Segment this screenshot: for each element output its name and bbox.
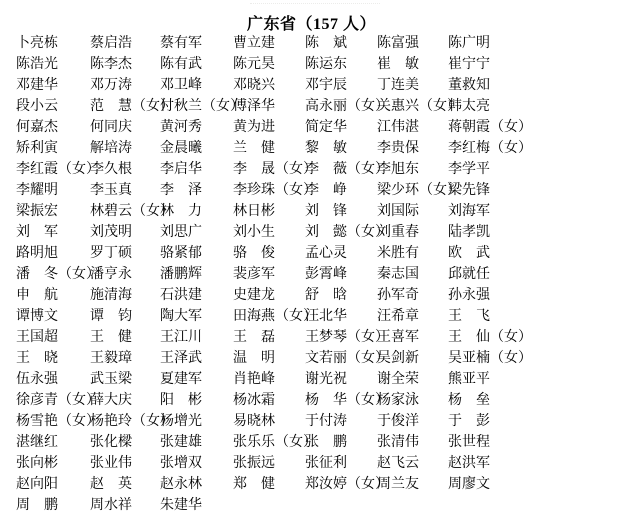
person-name: 吴亚楠（女） xyxy=(448,348,623,369)
person-name: 王喜军 xyxy=(377,327,448,348)
person-name: 杨冰霜 xyxy=(233,390,305,411)
roster-row: 杨雪艳（女）杨艳玲（女）杨增光易晓林于付涛于俊洋于 彭 xyxy=(16,411,623,432)
person-name: 潘 冬（女） xyxy=(16,264,90,285)
person-name: 张征利 xyxy=(305,453,377,474)
person-name: 裴彦军 xyxy=(233,264,305,285)
person-name: 李玉真 xyxy=(90,180,160,201)
person-name: 陈有武 xyxy=(160,54,233,75)
roster-row: 李耀明李玉真李 泽李珍珠（女）李 峥梁少环（女）梁先锋 xyxy=(16,180,623,201)
person-name: 潘亨永 xyxy=(90,264,160,285)
roster-row: 王 晓王毅璋王泽武温 明文若丽（女）吴剑新吴亚楠（女） xyxy=(16,348,623,369)
person-name: 李 峥 xyxy=(305,180,377,201)
name-roster-grid: 卜亮栋蔡启浩蔡有军曹立建陈 斌陈富强陈广明陈浩光陈李杰陈有武陈元昊陈运东崔 敏崔… xyxy=(16,33,623,516)
person-name: 孟心灵 xyxy=(305,243,377,264)
person-name: 王 仙（女） xyxy=(448,327,623,348)
person-name: 刘 懿（女） xyxy=(305,222,377,243)
person-name: 骆 俊 xyxy=(233,243,305,264)
roster-row: 伍永强武玉梁夏建军肖艳峰谢光祝谢全荣熊亚平 xyxy=(16,369,623,390)
person-name: 赵永林 xyxy=(160,474,233,495)
person-name: 高永丽（女） xyxy=(305,96,377,117)
person-name: 伍永强 xyxy=(16,369,90,390)
person-name: 林碧云（女） xyxy=(90,201,160,222)
person-name: 徐彦青（女） xyxy=(16,390,90,411)
person-name: 舒 晗 xyxy=(305,285,377,306)
person-name: 王毅璋 xyxy=(90,348,160,369)
person-name: 王 晓 xyxy=(16,348,90,369)
person-name: 孙永强 xyxy=(448,285,623,306)
person-name: 肖艳峰 xyxy=(233,369,305,390)
page-title: 广东省（157 人） xyxy=(0,11,623,34)
person-name: 郑 健 xyxy=(233,474,305,495)
person-name: 赵向阳 xyxy=(16,474,90,495)
person-name: 吴剑新 xyxy=(377,348,448,369)
person-name: 陆孝凯 xyxy=(448,222,623,243)
person-name: 温 明 xyxy=(233,348,305,369)
person-name: 石洪建 xyxy=(160,285,233,306)
roster-row: 周 鹏周水祥朱建华 xyxy=(16,495,623,516)
person-name: 何同庆 xyxy=(90,117,160,138)
person-name: 张世程 xyxy=(448,432,623,453)
person-name: 彭霄峰 xyxy=(305,264,377,285)
person-name: 李红霞（女） xyxy=(16,159,90,180)
person-name: 刘 锋 xyxy=(305,201,377,222)
roster-row: 湛继红张化樑张建雄张乐乐（女）张 鹏张清伟张世程 xyxy=(16,432,623,453)
person-name: 李耀明 xyxy=(16,180,90,201)
person-name: 李久根 xyxy=(90,159,160,180)
person-name: 黄河秀 xyxy=(160,117,233,138)
roster-row: 潘 冬（女）潘亨永潘鹏辉裴彦军彭霄峰秦志国邱就任 xyxy=(16,264,623,285)
person-name: 张清伟 xyxy=(377,432,448,453)
person-name: 陈广明 xyxy=(448,33,623,54)
person-name: 谢光祝 xyxy=(305,369,377,390)
person-name: 米胜有 xyxy=(377,243,448,264)
roster-row: 段小云范 慧（女）付秋兰（女）傅泽华高永丽（女）关惠兴（女）韩太亮 xyxy=(16,96,623,117)
person-name: 张向彬 xyxy=(16,453,90,474)
person-name: 刘茂明 xyxy=(90,222,160,243)
person-name: 梁振宏 xyxy=(16,201,90,222)
person-name: 田海燕（女） xyxy=(233,306,305,327)
person-name: 陈运东 xyxy=(305,54,377,75)
person-name: 林 力 xyxy=(160,201,233,222)
person-name: 金晨曦 xyxy=(160,138,233,159)
person-name: 崔宁宁 xyxy=(448,54,623,75)
roster-row: 路明旭罗丁硕骆紧郁骆 俊孟心灵米胜有欧 武 xyxy=(16,243,623,264)
person-name: 范 慧（女） xyxy=(90,96,160,117)
person-name: 李旭东 xyxy=(377,159,448,180)
person-name: 兰 健 xyxy=(233,138,305,159)
person-name: 韩太亮 xyxy=(448,96,623,117)
person-name: 罗丁硕 xyxy=(90,243,160,264)
person-name: 路明旭 xyxy=(16,243,90,264)
person-name: 郑汝婷（女） xyxy=(305,474,377,495)
person-name: 邓宇辰 xyxy=(305,75,377,96)
roster-row: 徐彦青（女）薛大庆阳 彬杨冰霜杨 华（女）杨家泳杨 垒 xyxy=(16,390,623,411)
person-name: 于俊洋 xyxy=(377,411,448,432)
roster-row: 张向彬张业伟张增双张振远张征利赵飞云赵洪军 xyxy=(16,453,623,474)
person-name: 陈 斌 xyxy=(305,33,377,54)
person-name: 武玉梁 xyxy=(90,369,160,390)
person-name: 谭 钧 xyxy=(90,306,160,327)
person-name: 朱建华 xyxy=(160,495,233,516)
person-name: 邓晓兴 xyxy=(233,75,305,96)
person-name: 李 薇（女） xyxy=(305,159,377,180)
person-name: 王 磊 xyxy=(233,327,305,348)
person-name: 陈元昊 xyxy=(233,54,305,75)
person-name: 解培涛 xyxy=(90,138,160,159)
person-name: 夏建军 xyxy=(160,369,233,390)
person-name: 杨增光 xyxy=(160,411,233,432)
roster-row: 王国超王 健王江川王 磊王梦琴（女）王喜军王 仙（女） xyxy=(16,327,623,348)
person-name: 何嘉杰 xyxy=(16,117,90,138)
person-name: 邓卫峰 xyxy=(160,75,233,96)
person-name: 蔡启浩 xyxy=(90,33,160,54)
person-name: 梁先锋 xyxy=(448,180,623,201)
person-name: 周廖文 xyxy=(448,474,623,495)
person-name: 李学平 xyxy=(448,159,623,180)
roster-row: 陈浩光陈李杰陈有武陈元昊陈运东崔 敏崔宁宁 xyxy=(16,54,623,75)
person-name: 李珍珠（女） xyxy=(233,180,305,201)
person-name: 申 航 xyxy=(16,285,90,306)
person-name: 刘小生 xyxy=(233,222,305,243)
person-name: 王江川 xyxy=(160,327,233,348)
person-name: 邱就任 xyxy=(448,264,623,285)
person-name: 陈李杰 xyxy=(90,54,160,75)
person-name: 王泽武 xyxy=(160,348,233,369)
person-name: 黄为进 xyxy=(233,117,305,138)
person-name: 江伟湛 xyxy=(377,117,448,138)
person-name: 刘思广 xyxy=(160,222,233,243)
person-name: 于 彭 xyxy=(448,411,623,432)
clipped-text-artifact xyxy=(250,0,380,4)
person-name: 周水祥 xyxy=(90,495,160,516)
person-name: 傅泽华 xyxy=(233,96,305,117)
person-name: 张 鹏 xyxy=(305,432,377,453)
person-name: 汪北华 xyxy=(305,306,377,327)
person-name: 张乐乐（女） xyxy=(233,432,305,453)
person-name: 王国超 xyxy=(16,327,90,348)
roster-row: 邓建华邓万涛邓卫峰邓晓兴邓宇辰丁连美董救知 xyxy=(16,75,623,96)
person-name: 付秋兰（女） xyxy=(160,96,233,117)
person-name: 杨 垒 xyxy=(448,390,623,411)
person-name: 于付涛 xyxy=(305,411,377,432)
person-name: 欧 武 xyxy=(448,243,623,264)
person-name: 杨雪艳（女） xyxy=(16,411,90,432)
roster-row: 何嘉杰何同庆黄河秀黄为进简定华江伟湛蒋朝霞（女） xyxy=(16,117,623,138)
person-name: 邓建华 xyxy=(16,75,90,96)
person-name: 汪希章 xyxy=(377,306,448,327)
person-name: 崔 敏 xyxy=(377,54,448,75)
person-name: 关惠兴（女） xyxy=(377,96,448,117)
person-name: 陈富强 xyxy=(377,33,448,54)
person-name: 湛继红 xyxy=(16,432,90,453)
person-name: 骆紧郁 xyxy=(160,243,233,264)
person-name: 黎 敏 xyxy=(305,138,377,159)
person-name: 李 泽 xyxy=(160,180,233,201)
person-name: 蔡有军 xyxy=(160,33,233,54)
person-name: 卜亮栋 xyxy=(16,33,90,54)
person-name: 张增双 xyxy=(160,453,233,474)
person-name: 林日彬 xyxy=(233,201,305,222)
roster-row: 李红霞（女）李久根李启华李 晟（女）李 薇（女）李旭东李学平 xyxy=(16,159,623,180)
person-name: 张建雄 xyxy=(160,432,233,453)
person-name: 曹立建 xyxy=(233,33,305,54)
person-name: 张振远 xyxy=(233,453,305,474)
person-name: 施清海 xyxy=(90,285,160,306)
person-name: 张业伟 xyxy=(90,453,160,474)
name-roster-page: 广东省（157 人） 卜亮栋蔡启浩蔡有军曹立建陈 斌陈富强陈广明陈浩光陈李杰陈有… xyxy=(0,0,623,521)
person-name: 文若丽（女） xyxy=(305,348,377,369)
person-name: 周 鹏 xyxy=(16,495,90,516)
person-name: 周兰友 xyxy=(377,474,448,495)
person-name: 阳 彬 xyxy=(160,390,233,411)
person-name: 李 晟（女） xyxy=(233,159,305,180)
roster-row: 申 航施清海石洪建史建龙舒 晗孙军奇孙永强 xyxy=(16,285,623,306)
person-name: 史建龙 xyxy=(233,285,305,306)
person-name: 李贵保 xyxy=(377,138,448,159)
person-name: 刘 军 xyxy=(16,222,90,243)
person-name: 邓万涛 xyxy=(90,75,160,96)
roster-row: 赵向阳赵 英赵永林郑 健郑汝婷（女）周兰友周廖文 xyxy=(16,474,623,495)
person-name: 陶大军 xyxy=(160,306,233,327)
roster-row: 梁振宏林碧云（女）林 力林日彬刘 锋刘国际刘海军 xyxy=(16,201,623,222)
person-name: 王 健 xyxy=(90,327,160,348)
person-name: 孙军奇 xyxy=(377,285,448,306)
person-name: 梁少环（女） xyxy=(377,180,448,201)
person-name: 刘重春 xyxy=(377,222,448,243)
person-name: 丁连美 xyxy=(377,75,448,96)
person-name: 薛大庆 xyxy=(90,390,160,411)
person-name: 杨艳玲（女） xyxy=(90,411,160,432)
person-name: 赵飞云 xyxy=(377,453,448,474)
person-name: 李红梅（女） xyxy=(448,138,623,159)
person-name: 矫利寅 xyxy=(16,138,90,159)
roster-row: 谭博文谭 钧陶大军田海燕（女）汪北华汪希章王 飞 xyxy=(16,306,623,327)
person-name: 王梦琴（女） xyxy=(305,327,377,348)
person-name: 段小云 xyxy=(16,96,90,117)
roster-row: 卜亮栋蔡启浩蔡有军曹立建陈 斌陈富强陈广明 xyxy=(16,33,623,54)
person-name: 简定华 xyxy=(305,117,377,138)
person-name: 易晓林 xyxy=(233,411,305,432)
person-name: 杨 华（女） xyxy=(305,390,377,411)
person-name: 杨家泳 xyxy=(377,390,448,411)
person-name: 熊亚平 xyxy=(448,369,623,390)
roster-row: 刘 军刘茂明刘思广刘小生刘 懿（女）刘重春陆孝凯 xyxy=(16,222,623,243)
person-name: 刘国际 xyxy=(377,201,448,222)
person-name: 刘海军 xyxy=(448,201,623,222)
person-name: 陈浩光 xyxy=(16,54,90,75)
person-name: 王 飞 xyxy=(448,306,623,327)
person-name: 潘鹏辉 xyxy=(160,264,233,285)
person-name: 张化樑 xyxy=(90,432,160,453)
person-name: 秦志国 xyxy=(377,264,448,285)
person-name: 董救知 xyxy=(448,75,623,96)
person-name: 谭博文 xyxy=(16,306,90,327)
person-name: 谢全荣 xyxy=(377,369,448,390)
person-name: 赵洪军 xyxy=(448,453,623,474)
person-name: 李启华 xyxy=(160,159,233,180)
roster-row: 矫利寅解培涛金晨曦兰 健黎 敏李贵保李红梅（女） xyxy=(16,138,623,159)
person-name: 蒋朝霞（女） xyxy=(448,117,623,138)
person-name: 赵 英 xyxy=(90,474,160,495)
